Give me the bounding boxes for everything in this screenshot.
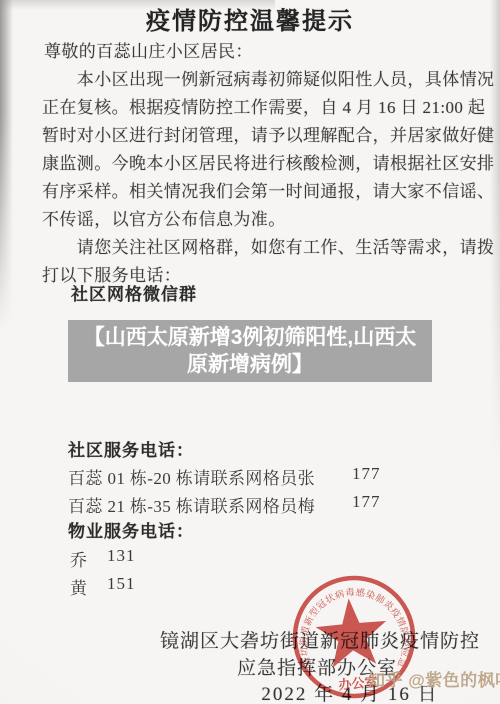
body-line: 有序采样。相关情况我们会第一时间通报，请大家不信谣、 (42, 177, 494, 202)
contact-surname: 乔 (70, 551, 87, 570)
paper-sheet: 疫情防控温馨提示 尊敬的百蕊山庄小区居民： 本小区出现一例新冠病毒初筛疑似阳性人… (0, 0, 500, 704)
wechat-group-label: 社区网格微信群 (71, 280, 197, 305)
salutation-line: 尊敬的百蕊山庄小区居民： (44, 37, 253, 62)
right-edge-shadow (490, 0, 500, 460)
contact-surname: 黄 (70, 579, 87, 598)
community-phone-heading: 社区服务电话： (68, 436, 194, 461)
grid-contact-label: 百蕊 21 栋-35 栋请联系网格员梅 (68, 497, 315, 516)
caption-text: 【山西太原新增3例初筛阳性,山西太原新增病例】 (68, 324, 432, 378)
body-line: 不传谣，以官方公布信息为准。 (42, 205, 286, 230)
phone-number-prefix: 151 (107, 574, 136, 594)
left-edge-shadow (0, 0, 13, 330)
phone-row: 百蕊 01 栋-20 栋请联系网格员张 177 (68, 464, 315, 489)
notice-photo: 疫情防控温馨提示 尊敬的百蕊山庄小区居民： 本小区出现一例新冠病毒初筛疑似阳性人… (0, 0, 500, 704)
body-line: 请您关注社区网格群，如您有工作、生活等需求，请拨 (42, 233, 494, 258)
caption-overlay: 【山西太原新增3例初筛阳性,山西太原新增病例】 (68, 320, 432, 382)
phone-number-prefix: 177 (352, 464, 381, 484)
phone-row: 黄 151 (70, 574, 87, 599)
body-line: 康监测。今晚本小区居民将进行核酸检测，请根据社区安排 (42, 149, 494, 174)
body-line: 正在复核。根据疫情防控工作需要，自 4 月 16 日 21:00 起 (42, 93, 485, 118)
watermark-credit: 知乎 @紫色的枫叶 (368, 666, 500, 691)
top-edge-shadow (0, 0, 275, 10)
phone-number-prefix: 131 (107, 546, 136, 566)
body-line: 暂时对小区进行封闭管理，请予以理解配合，并居家做好健 (42, 121, 494, 146)
phone-row: 乔 131 (70, 546, 87, 571)
phone-number-prefix: 177 (352, 492, 381, 512)
grid-contact-label: 百蕊 01 栋-20 栋请联系网格员张 (68, 469, 315, 488)
property-phone-heading: 物业服务电话： (68, 517, 194, 542)
phone-row: 百蕊 21 栋-35 栋请联系网格员梅 177 (68, 492, 315, 517)
body-line: 本小区出现一例新冠病毒初筛疑似阳性人员，具体情况 (42, 65, 494, 90)
